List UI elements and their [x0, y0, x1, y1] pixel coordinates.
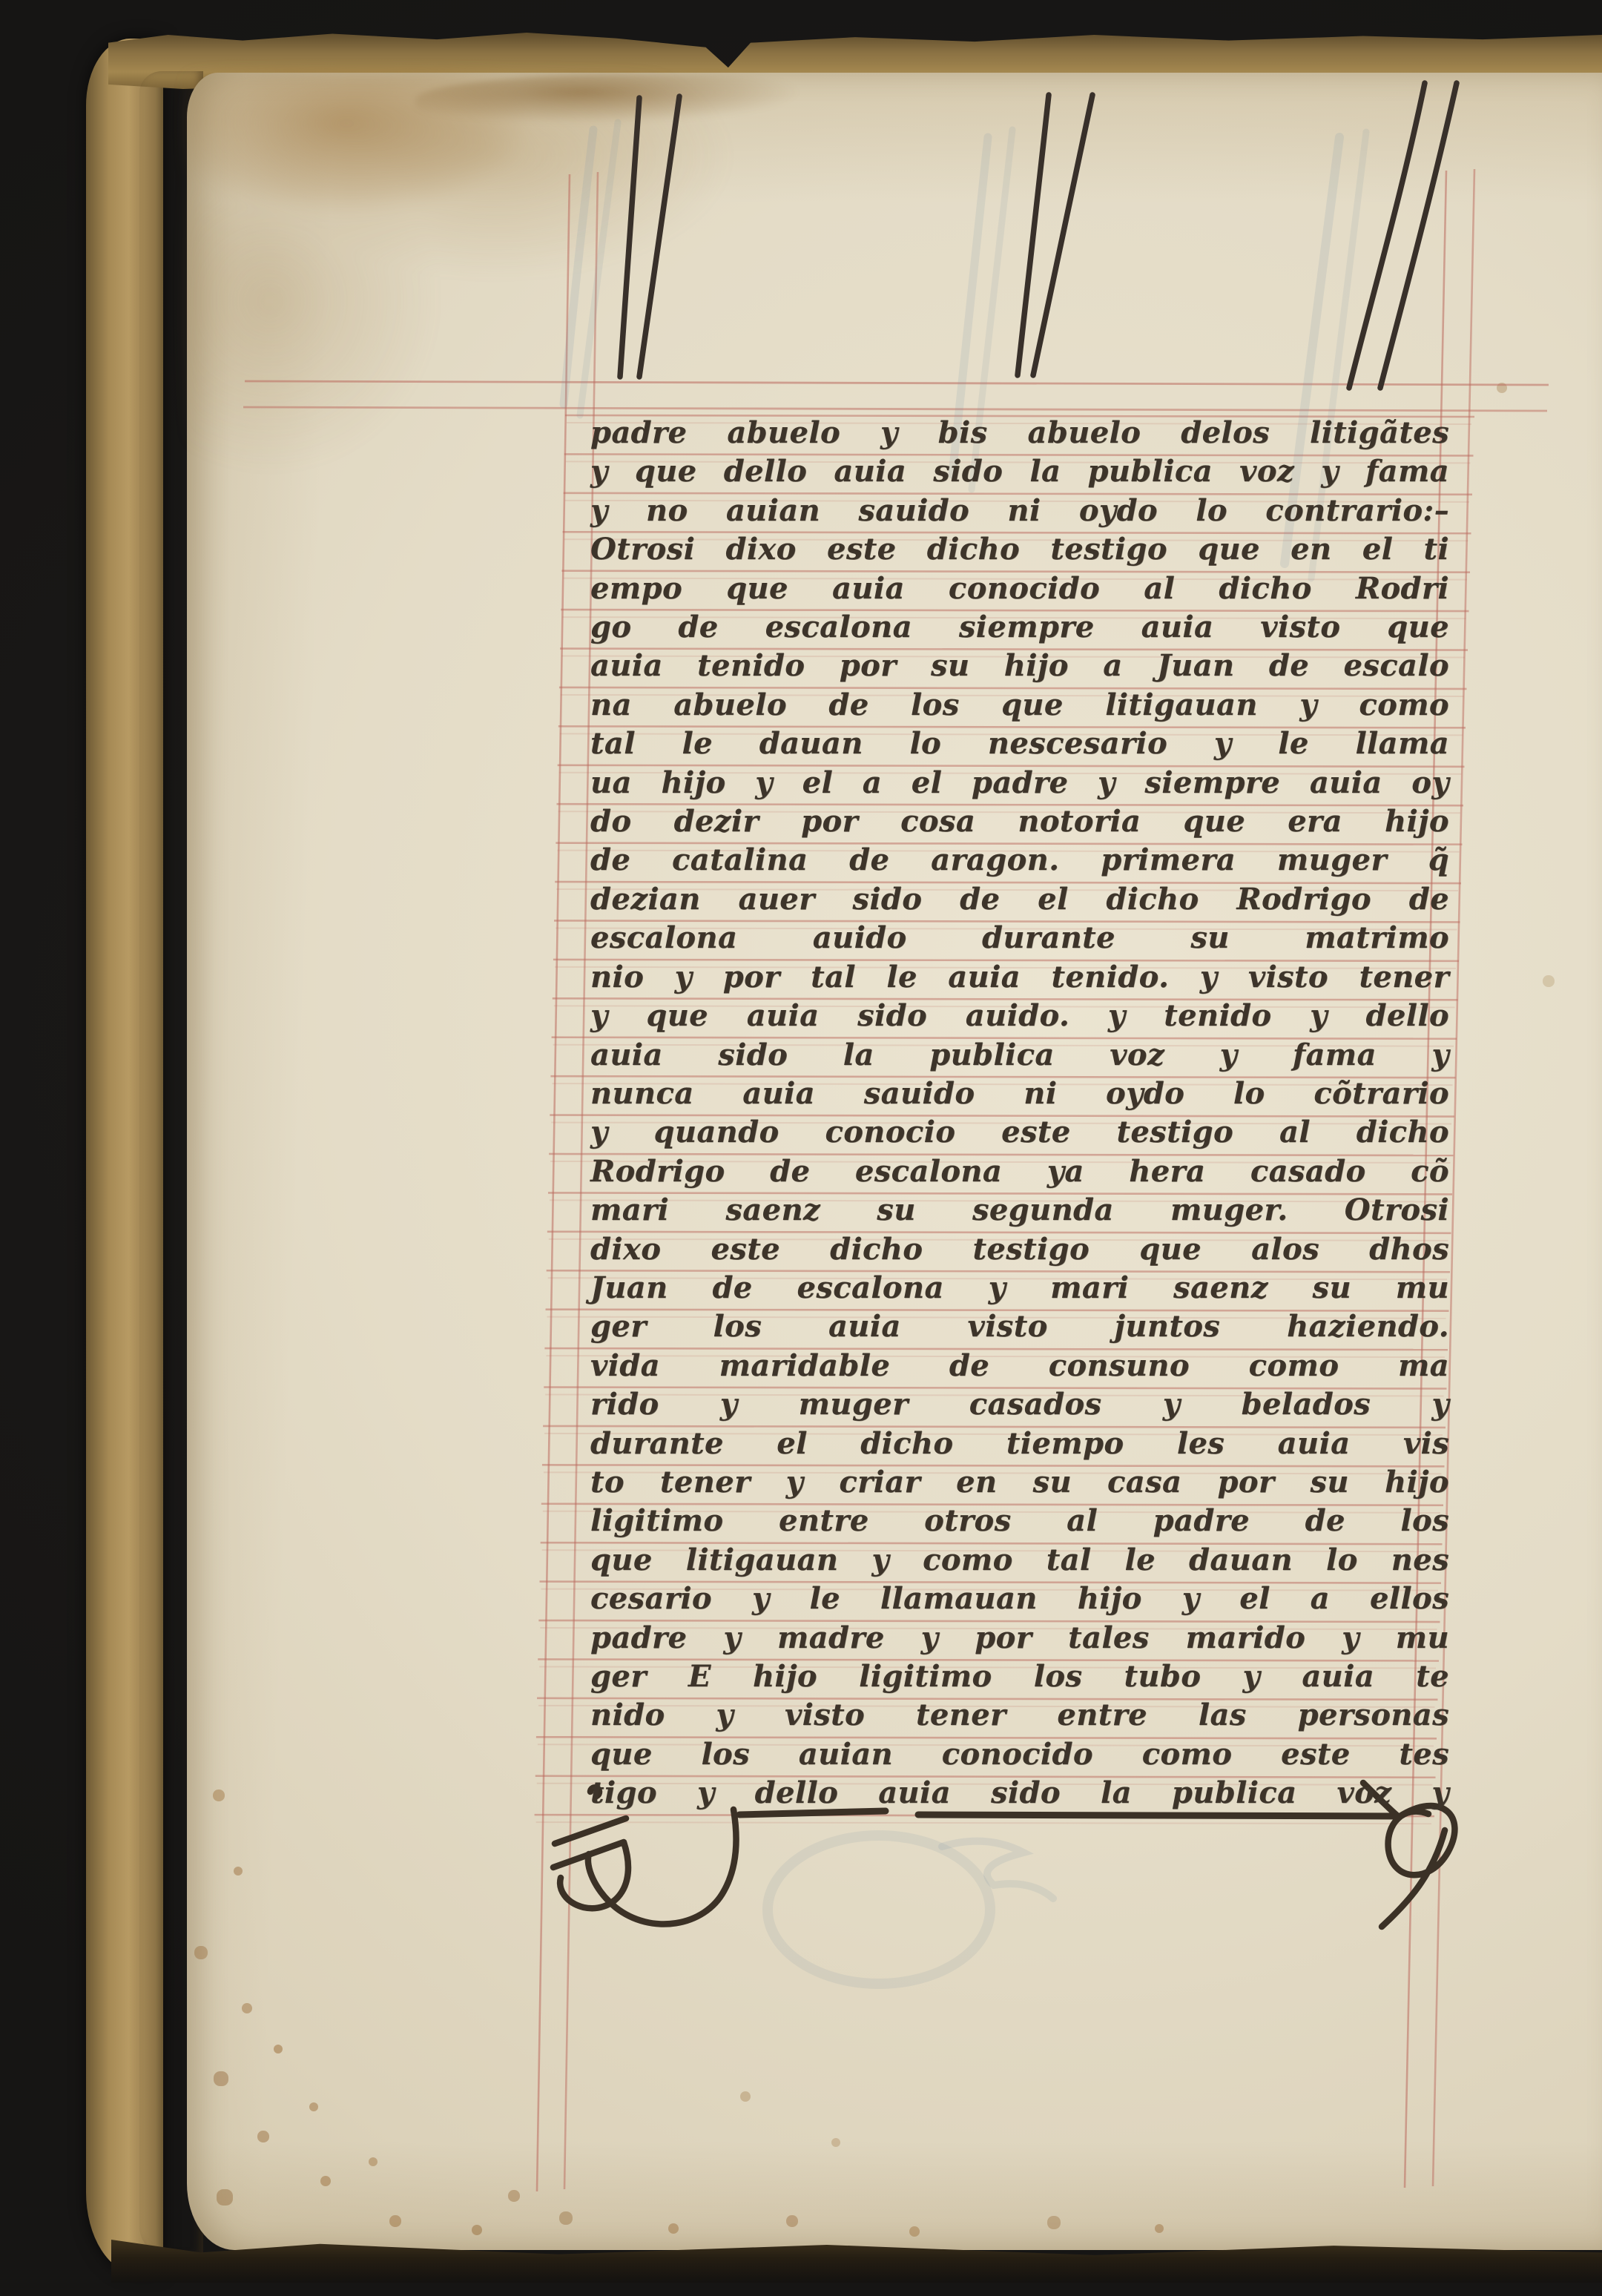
- manuscript-line: Otrosi dixo este dicho testigo que en el…: [590, 530, 1449, 569]
- manuscript-line: que litigauan y como tal le dauan lo nes: [590, 1541, 1449, 1580]
- manuscript-line: dixo este dicho testigo que alos dhos: [590, 1230, 1449, 1269]
- manuscript-line: auia tenido por su hijo a Juan de escalo: [590, 647, 1449, 685]
- manuscript-line: to tener y criar en su casa por su hijo: [590, 1463, 1449, 1502]
- manuscript-line: ger los auia visto juntos haziendo.: [590, 1307, 1449, 1346]
- manuscript-line: durante el dicho tiempo les auia vis: [590, 1425, 1449, 1463]
- manuscript-line: nido y visto tener entre las personas: [590, 1696, 1449, 1735]
- manuscript-line: escalona auido durante su matrimo: [590, 919, 1449, 957]
- manuscript-line: mari saenz su segunda muger. Otrosi: [590, 1191, 1449, 1230]
- manuscript-line: ger E hijo ligitimo los tubo y auia te: [590, 1657, 1449, 1696]
- manuscript-line: cesario y le llamauan hijo y el a ellos: [590, 1580, 1449, 1618]
- manuscript-line: y quando conocio este testigo al dicho: [590, 1113, 1449, 1152]
- manuscript-line: y que auia sido auido. y tenido y dello: [590, 997, 1449, 1035]
- manuscript-line: nunca auia sauido ni oydo lo cõtrario: [590, 1075, 1449, 1113]
- manuscript-text: padre abuelo y bis abuelo delos litigãte…: [590, 414, 1449, 1813]
- manuscript-line: rido y muger casados y belados y: [590, 1385, 1449, 1424]
- manuscript-line: y no auian sauido ni oydo lo contrario:–: [590, 492, 1449, 530]
- manuscript-line: dezian auer sido de el dicho Rodrigo de: [590, 880, 1449, 919]
- manuscript-line: que los auian conocido como este tes: [590, 1735, 1449, 1774]
- manuscript-line: ua hijo y el a el padre y siempre auia o…: [590, 764, 1449, 802]
- ink-stain: [415, 74, 831, 126]
- manuscript-line: go de escalona siempre auia visto que: [590, 608, 1449, 647]
- manuscript-line: ligitimo entre otros al padre de los: [590, 1502, 1449, 1540]
- foxing-spots: [0, 0, 4, 4]
- manuscript-line: padre y madre y por tales marido y mu: [590, 1619, 1449, 1657]
- manuscript-line: nio y por tal le auia tenido. y visto te…: [590, 958, 1449, 997]
- manuscript-line: do dezir por cosa notoria que era hijo: [590, 802, 1449, 841]
- manuscript-line: vida maridable de consuno como ma: [590, 1347, 1449, 1385]
- manuscript-line: padre abuelo y bis abuelo delos litigãte…: [590, 414, 1449, 452]
- manuscript-line: empo que auia conocido al dicho Rodri: [590, 570, 1449, 608]
- manuscript-line: Juan de escalona y mari saenz su mu: [590, 1269, 1449, 1307]
- manuscript-line: auia sido la publica voz y fama y: [590, 1036, 1449, 1075]
- manuscript-line: de catalina de aragon. primera muger q̃: [590, 841, 1449, 880]
- manuscript-line: tigo y dello auia sido la publica voz y: [590, 1774, 1449, 1812]
- manuscript-line: tal le dauan lo nescesario y le llama: [590, 725, 1449, 763]
- manuscript-line: y que dello auia sido la publica voz y f…: [590, 452, 1449, 491]
- manuscript-line: Rodrigo de escalona ya hera casado cõ: [590, 1152, 1449, 1191]
- manuscript-line: na abuelo de los que litigauan y como: [590, 686, 1449, 725]
